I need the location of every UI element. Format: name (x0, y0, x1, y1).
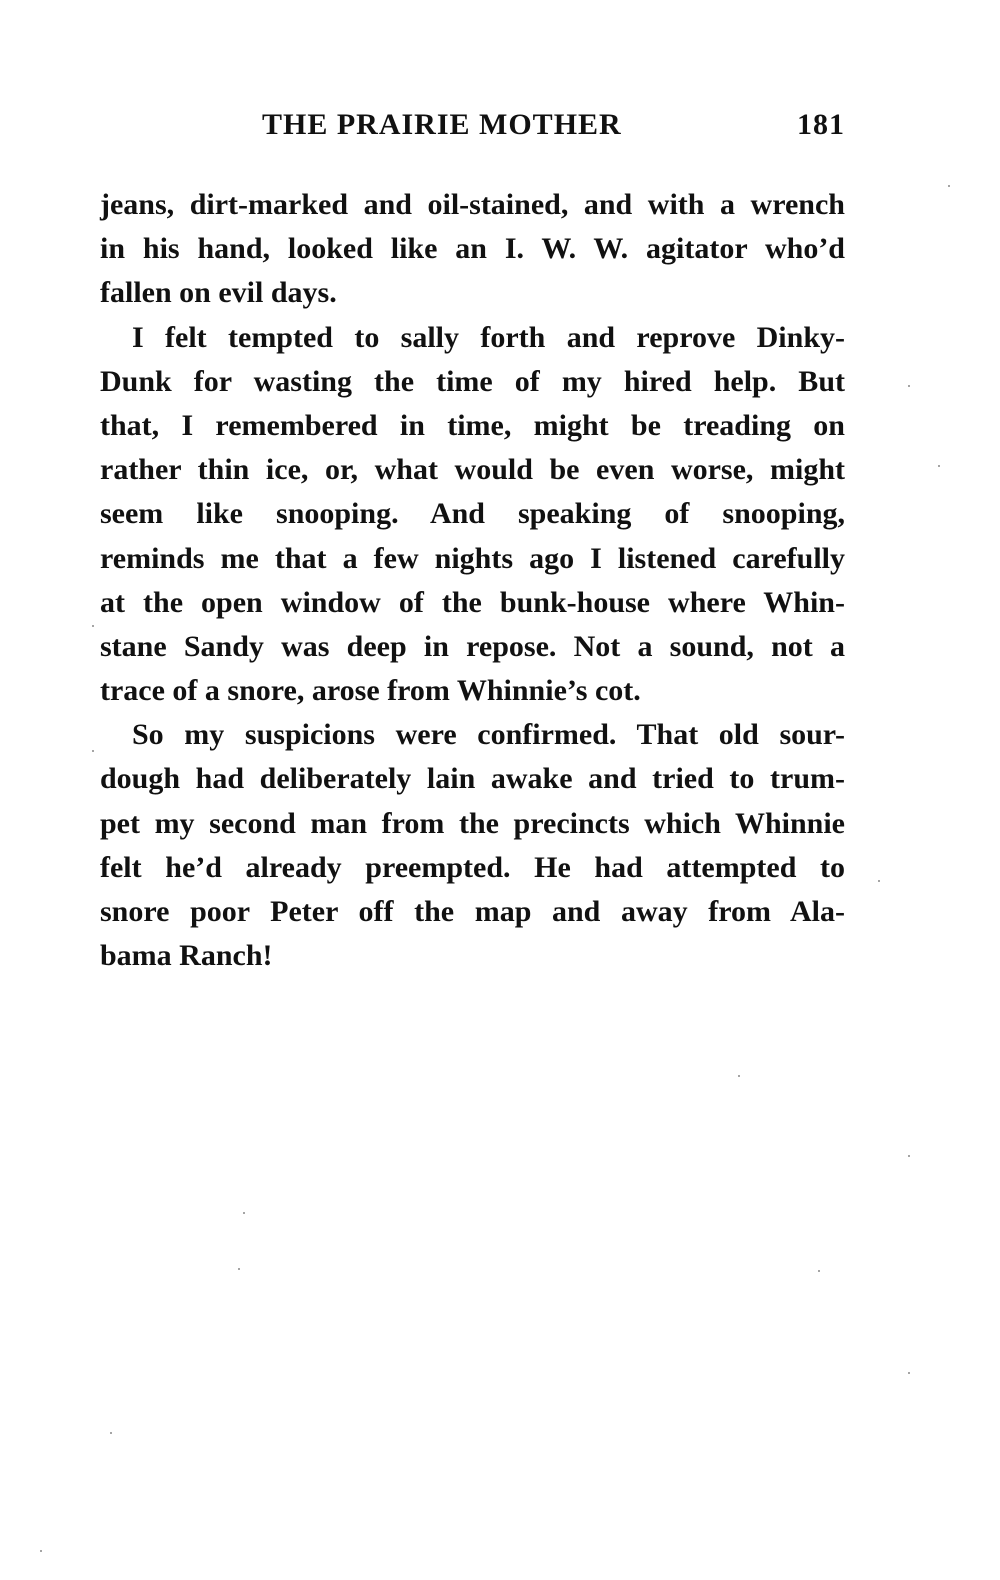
paragraph-2: I felt tempted to sally forth and reprov… (100, 316, 845, 714)
scan-speck (908, 385, 910, 387)
text-line: fallen on evil days. (100, 271, 845, 315)
text-line: in his hand, looked like an I. W. W. agi… (100, 227, 845, 271)
text-line: So my suspicions were confirmed. That ol… (100, 713, 845, 757)
page-number: 181 (797, 108, 845, 142)
text-line: reminds me that a few nights ago I liste… (100, 537, 845, 581)
text-line: pet my second man from the precincts whi… (100, 802, 845, 846)
running-header: THE PRAIRIE MOTHER 181 (100, 108, 845, 148)
scan-speck (110, 1432, 112, 1434)
book-page: THE PRAIRIE MOTHER 181 jeans, dirt-marke… (0, 0, 1000, 1580)
text-line: seem like snooping. And speaking of snoo… (100, 492, 845, 536)
text-line: I felt tempted to sally forth and reprov… (100, 316, 845, 360)
scan-speck (243, 1212, 245, 1214)
scan-speck (908, 1155, 910, 1157)
text-line: at the open window of the bunk-house whe… (100, 581, 845, 625)
running-title: THE PRAIRIE MOTHER (262, 108, 622, 142)
scan-speck (92, 625, 94, 627)
text-line: snore poor Peter off the map and away fr… (100, 890, 845, 934)
scan-speck (92, 750, 94, 752)
scan-speck (938, 465, 940, 467)
scan-speck (908, 1372, 910, 1374)
scan-speck (40, 1550, 42, 1552)
text-line: that, I remembered in time, might be tre… (100, 404, 845, 448)
text-line: Dunk for wasting the time of my hired he… (100, 360, 845, 404)
scan-speck (948, 185, 950, 187)
text-line: jeans, dirt-marked and oil-stained, and … (100, 183, 845, 227)
body-text: jeans, dirt-marked and oil-stained, and … (100, 183, 845, 978)
scan-speck (738, 1075, 740, 1077)
text-line: trace of a snore, arose from Whinnie’s c… (100, 669, 845, 713)
text-line: bama Ranch! (100, 934, 845, 978)
text-line: dough had deliberately lain awake and tr… (100, 757, 845, 801)
scan-speck (818, 1270, 820, 1272)
paragraph-1: jeans, dirt-marked and oil-stained, and … (100, 183, 845, 316)
text-line: rather thin ice, or, what would be even … (100, 448, 845, 492)
paragraph-3: So my suspicions were confirmed. That ol… (100, 713, 845, 978)
scan-speck (878, 880, 880, 882)
text-line: stane Sandy was deep in repose. Not a so… (100, 625, 845, 669)
text-line: felt he’d already preempted. He had atte… (100, 846, 845, 890)
scan-speck (238, 1268, 240, 1270)
